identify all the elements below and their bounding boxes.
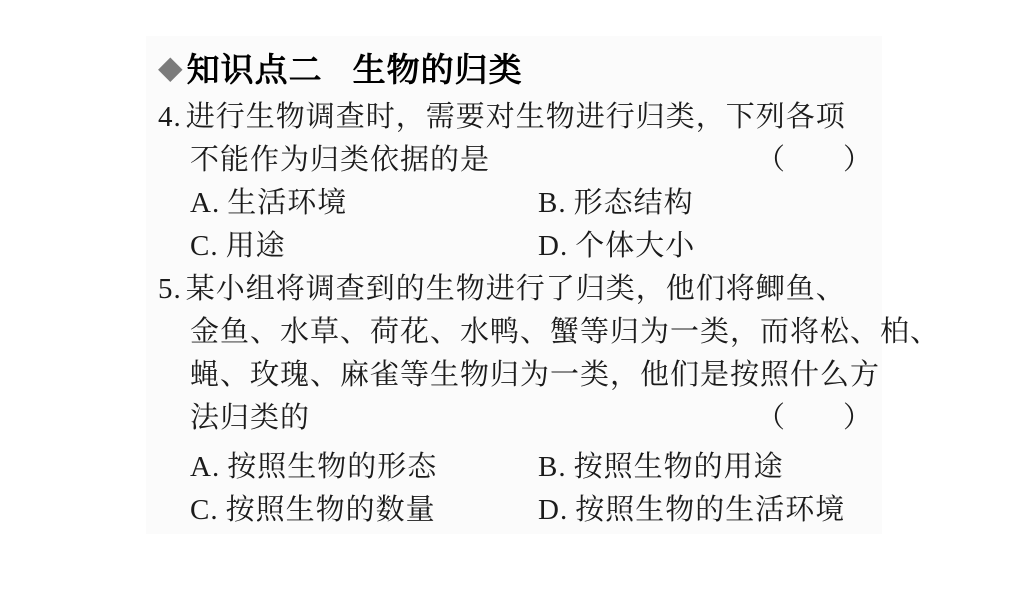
question-5-options: A.按照生物的形态 B.按照生物的用途 C.按照生物的数量 D.按照生物的生活环… [158, 446, 872, 532]
option-b-text: 形态结构 [574, 187, 694, 219]
question-4-stem-line-2: 不能作为归类依据的是 （ ） [158, 139, 872, 182]
question-5-option-c: C.按照生物的数量 [190, 489, 538, 532]
option-d-text: 按照生物的生活环境 [575, 494, 845, 526]
option-c-label: C. [190, 494, 219, 526]
question-5-stem-text-1: 某小组将调查到的生物进行了归类，他们将鲫鱼、 [186, 273, 846, 305]
option-c-label: C. [190, 230, 219, 262]
question-5-stem-text-3: 蝇、玫瑰、麻雀等生物归为一类，他们是按照什么方 [190, 359, 880, 391]
knowledge-point-title: 生物的归类 [353, 44, 523, 91]
option-d-text: 个体大小 [575, 230, 695, 262]
question-5-stem-line-4: 法归类的 （ ） [158, 397, 872, 440]
question-4-option-c: C.用途 [190, 225, 538, 268]
option-a-text: 生活环境 [227, 187, 347, 219]
option-c-text: 用途 [226, 230, 286, 262]
question-5-stem-line-3: 蝇、玫瑰、麻雀等生物归为一类，他们是按照什么方 [158, 354, 872, 397]
question-4-answer-bracket: （ ） [756, 139, 872, 182]
diamond-icon: ◆ [158, 44, 184, 90]
option-b-label: B. [538, 451, 567, 483]
option-a-label: A. [190, 451, 220, 483]
question-5-stem-text-2: 金鱼、水草、荷花、水鸭、蟹等归为一类，而将松、柏、 [190, 316, 940, 348]
question-5-option-a: A.按照生物的形态 [190, 446, 538, 489]
option-b-label: B. [538, 187, 567, 219]
content-block: ◆ 知识点二 生物的归类 4.进行生物调查时，需要对生物进行归类，下列各项 不能… [158, 44, 872, 532]
question-4-stem-line-1: 4.进行生物调查时，需要对生物进行归类，下列各项 [158, 96, 872, 139]
option-b-text: 按照生物的用途 [574, 451, 784, 483]
question-5-stem-line-1: 5.某小组将调查到的生物进行了归类，他们将鲫鱼、 [158, 268, 872, 311]
question-4-option-b: B.形态结构 [538, 182, 872, 225]
question-4-number: 4. [158, 101, 182, 133]
option-d-label: D. [538, 230, 568, 262]
knowledge-point-header: ◆ 知识点二 生物的归类 [158, 44, 872, 90]
question-5-option-b: B.按照生物的用途 [538, 446, 872, 489]
question-5-number: 5. [158, 273, 182, 305]
question-4: 4.进行生物调查时，需要对生物进行归类，下列各项 不能作为归类依据的是 （ ） … [158, 96, 872, 268]
question-4-option-d: D.个体大小 [538, 225, 872, 268]
knowledge-point-label: 知识点二 [187, 44, 323, 91]
option-a-text: 按照生物的形态 [227, 451, 437, 483]
question-4-stem-text-2: 不能作为归类依据的是 [190, 139, 490, 182]
option-a-label: A. [190, 187, 220, 219]
question-4-option-a: A.生活环境 [190, 182, 538, 225]
question-5-answer-bracket: （ ） [756, 397, 872, 440]
question-4-options: A.生活环境 B.形态结构 C.用途 D.个体大小 [158, 182, 872, 268]
option-d-label: D. [538, 494, 568, 526]
question-4-stem-text-1: 进行生物调查时，需要对生物进行归类，下列各项 [186, 101, 846, 133]
question-5-stem-text-4: 法归类的 [190, 397, 310, 440]
question-5-stem-line-2: 金鱼、水草、荷花、水鸭、蟹等归为一类，而将松、柏、 [158, 311, 872, 354]
worksheet-page: ◆ 知识点二 生物的归类 4.进行生物调查时，需要对生物进行归类，下列各项 不能… [0, 0, 1029, 597]
question-5-option-d: D.按照生物的生活环境 [538, 489, 872, 532]
question-5: 5.某小组将调查到的生物进行了归类，他们将鲫鱼、 金鱼、水草、荷花、水鸭、蟹等归… [158, 268, 872, 532]
option-c-text: 按照生物的数量 [226, 494, 436, 526]
